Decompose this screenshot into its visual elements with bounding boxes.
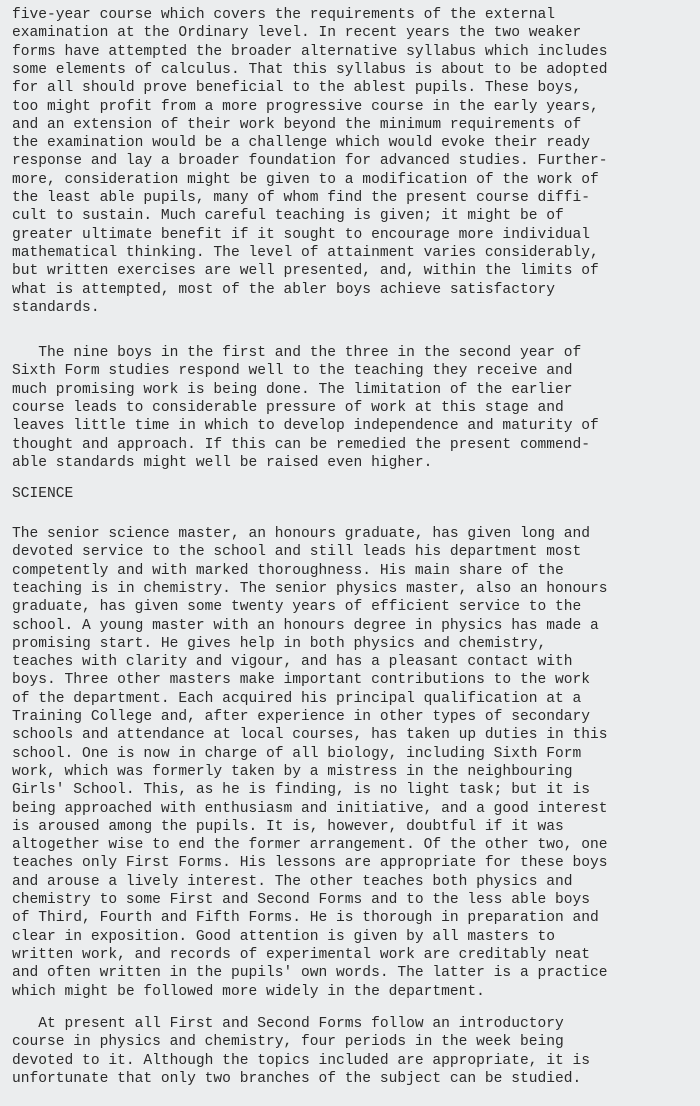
text-line: The senior science master, an honours gr… bbox=[12, 525, 590, 543]
text-line: able standards might well be raised even… bbox=[12, 454, 432, 472]
text-line: school. A young master with an honours d… bbox=[12, 617, 599, 635]
text-line: graduate, has given some twenty years of… bbox=[12, 598, 581, 616]
text-line: teaches with clarity and vigour, and has… bbox=[12, 653, 573, 671]
text-line: examination at the Ordinary level. In re… bbox=[12, 24, 581, 42]
text-line: response and lay a broader foundation fo… bbox=[12, 152, 608, 170]
text-line: of the department. Each acquired his pri… bbox=[12, 690, 581, 708]
text-line: Training College and, after experience i… bbox=[12, 708, 590, 726]
text-line: competently and with marked thoroughness… bbox=[12, 562, 564, 580]
text-line: is aroused among the pupils. It is, howe… bbox=[12, 818, 564, 836]
text-line: work, which was formerly taken by a mist… bbox=[12, 763, 573, 781]
text-line: school. One is now in charge of all biol… bbox=[12, 745, 581, 763]
text-line: and an extension of their work beyond th… bbox=[12, 116, 581, 134]
text-line: altogether wise to end the former arrang… bbox=[12, 836, 608, 854]
text-line: thought and approach. If this can be rem… bbox=[12, 436, 590, 454]
text-line: teaches only First Forms. His lessons ar… bbox=[12, 854, 608, 872]
text-line: devoted to it. Although the topics inclu… bbox=[12, 1052, 590, 1070]
text-line: teaching is in chemistry. The senior phy… bbox=[12, 580, 608, 598]
text-line: the examination would be a challenge whi… bbox=[12, 134, 590, 152]
text-line: what is attempted, most of the abler boy… bbox=[12, 281, 555, 299]
text-line: more, consideration might be given to a … bbox=[12, 171, 599, 189]
text-line: course leads to considerable pressure of… bbox=[12, 399, 564, 417]
text-line: much promising work is being done. The l… bbox=[12, 381, 573, 399]
text-line: and arouse a lively interest. The other … bbox=[12, 873, 573, 891]
text-line: but written exercises are well presented… bbox=[12, 262, 599, 280]
text-line: Girls' School. This, as he is finding, i… bbox=[12, 781, 590, 799]
text-line: forms have attempted the broader alterna… bbox=[12, 43, 608, 61]
text-line: At present all First and Second Forms fo… bbox=[12, 1015, 564, 1033]
text-line: and often written in the pupils' own wor… bbox=[12, 964, 608, 982]
text-line: leaves little time in which to develop i… bbox=[12, 417, 599, 435]
text-line: which might be followed more widely in t… bbox=[12, 983, 485, 1001]
text-line: some elements of calculus. That this syl… bbox=[12, 61, 608, 79]
text-line: the least able pupils, many of whom find… bbox=[12, 189, 590, 207]
text-line: standards. bbox=[12, 299, 100, 317]
document-page: five-year course which covers the requir… bbox=[0, 0, 700, 1106]
text-line: The nine boys in the first and the three… bbox=[12, 344, 581, 362]
text-line: mathematical thinking. The level of atta… bbox=[12, 244, 599, 262]
text-line: of Third, Fourth and Fifth Forms. He is … bbox=[12, 909, 599, 927]
text-line: Sixth Form studies respond well to the t… bbox=[12, 362, 573, 380]
text-line: clear in exposition. Good attention is g… bbox=[12, 928, 555, 946]
text-line: being approached with enthusiasm and ini… bbox=[12, 800, 608, 818]
text-line: promising start. He gives help in both p… bbox=[12, 635, 546, 653]
text-line: boys. Three other masters make important… bbox=[12, 671, 590, 689]
text-line: devoted service to the school and still … bbox=[12, 543, 581, 561]
text-line: course in physics and chemistry, four pe… bbox=[12, 1033, 564, 1051]
text-line: chemistry to some First and Second Forms… bbox=[12, 891, 590, 909]
heading-text: SCIENCE bbox=[12, 485, 73, 503]
text-line: for all should prove beneficial to the a… bbox=[12, 79, 581, 97]
text-line: greater ultimate benefit if it sought to… bbox=[12, 226, 590, 244]
text-line: schools and attendance at local courses,… bbox=[12, 726, 608, 744]
text-line: five-year course which covers the requir… bbox=[12, 6, 555, 24]
text-line: written work, and records of experimenta… bbox=[12, 946, 590, 964]
text-line: too might profit from a more progressive… bbox=[12, 98, 599, 116]
text-line: unfortunate that only two branches of th… bbox=[12, 1070, 581, 1088]
text-line: cult to sustain. Much careful teaching i… bbox=[12, 207, 564, 225]
